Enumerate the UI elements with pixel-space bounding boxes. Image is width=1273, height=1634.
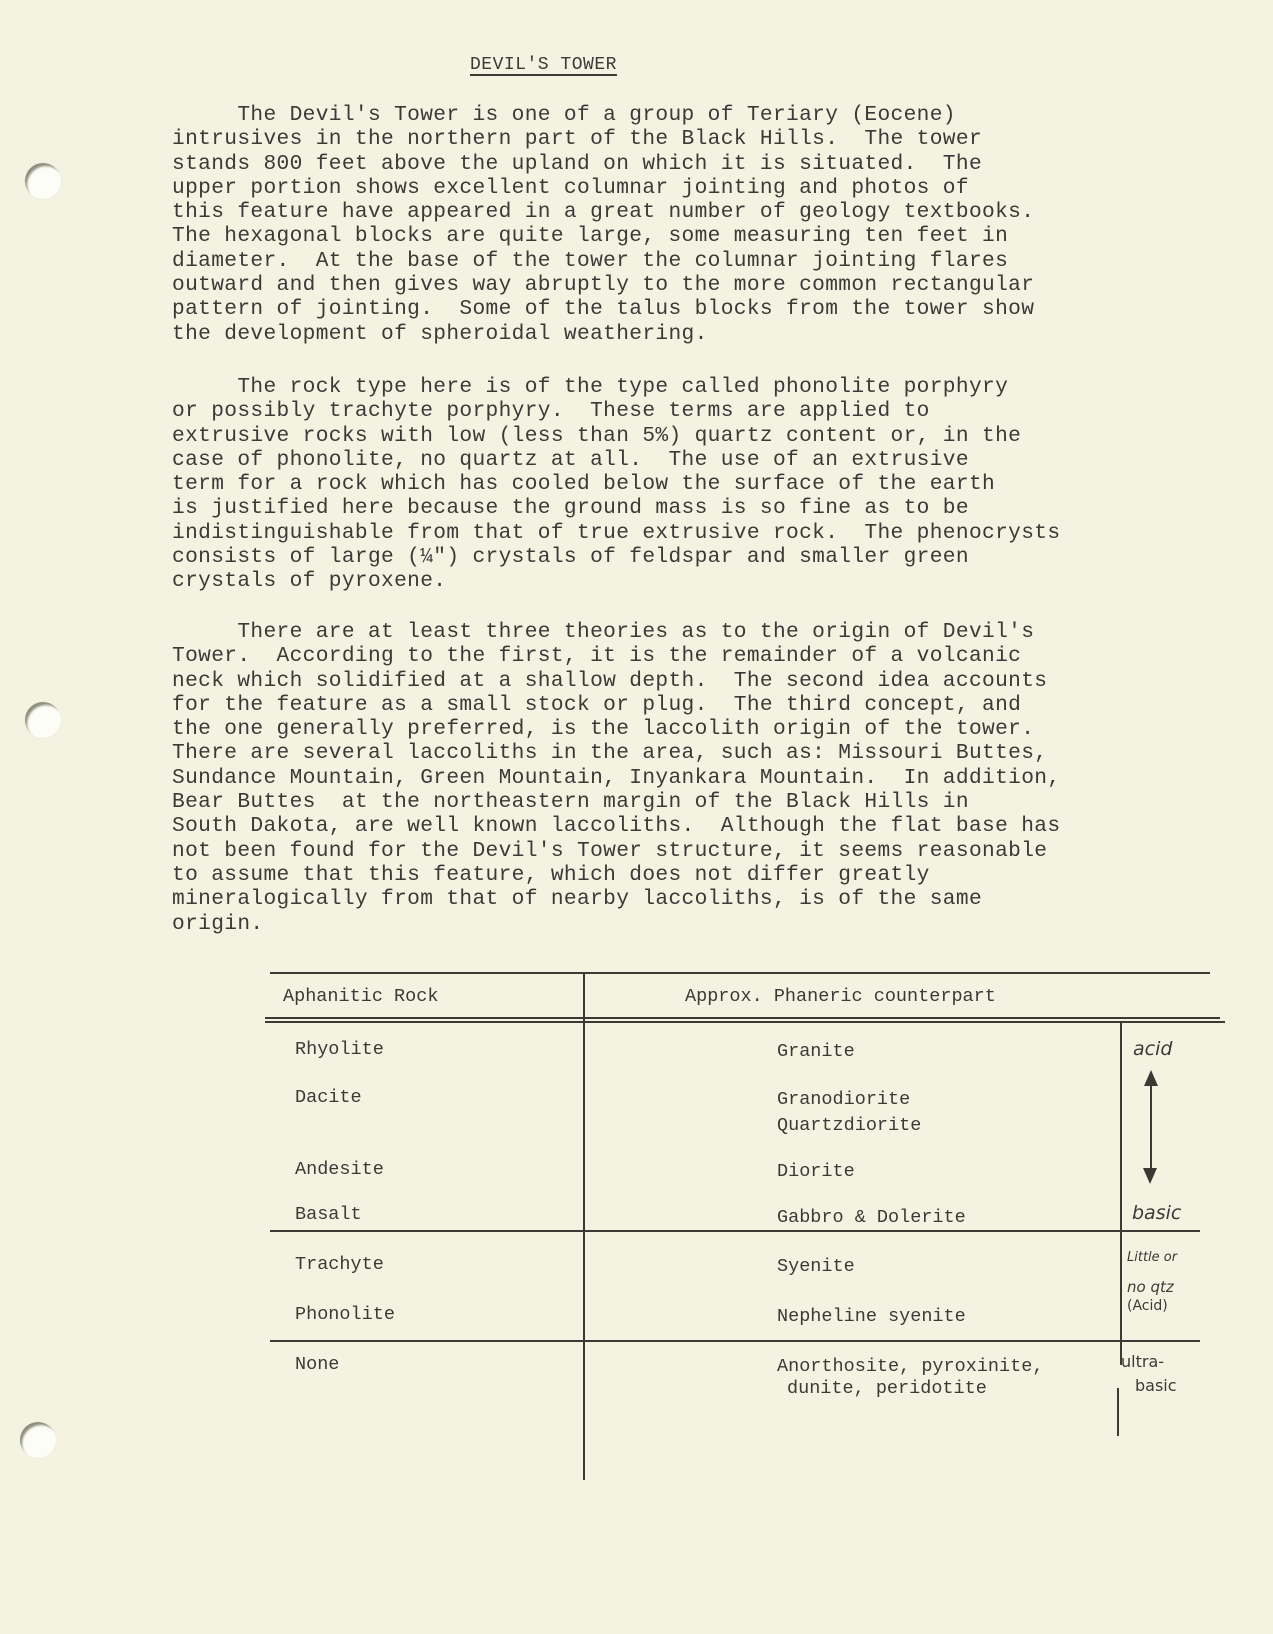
annotation-ultra: ultra- <box>1121 1352 1164 1371</box>
text-line: There are at least three theories as to … <box>172 620 1272 644</box>
annotation-little-qtz-1: Little or <box>1127 1250 1177 1265</box>
text-line: Tower. According to the first, it is the… <box>172 644 1272 668</box>
cell-anorthosite: Anorthosite, pyroxinite, <box>777 1355 1043 1379</box>
text-line: The Devil's Tower is one of a group of T… <box>172 103 1272 127</box>
binder-hole-bottom <box>20 1422 56 1458</box>
text-line: origin. <box>172 912 1272 936</box>
cell-diorite: Diorite <box>777 1160 855 1184</box>
text-line: term for a rock which has cooled below t… <box>172 472 1272 496</box>
text-line: diameter. At the base of the tower the c… <box>172 249 1272 273</box>
arrow-down-icon <box>1143 1168 1157 1184</box>
cell-quartzdiorite: Quartzdiorite <box>777 1114 921 1138</box>
cell-dunite: dunite, peridotite <box>787 1377 987 1401</box>
text-line: crystals of pyroxene. <box>172 569 1272 593</box>
text-line: Bear Buttes at the northeastern margin o… <box>172 790 1272 814</box>
text-line: The rock type here is of the type called… <box>172 375 1272 399</box>
acid-basic-arrow-shaft <box>1150 1078 1152 1173</box>
text-line: or possibly trachyte porphyry. These ter… <box>172 399 1272 423</box>
text-line: the development of spheroidal weathering… <box>172 322 1272 346</box>
text-line: case of phonolite, no quartz at all. The… <box>172 448 1272 472</box>
text-line: stands 800 feet above the upland on whic… <box>172 152 1272 176</box>
cell-gabbro: Gabbro & Dolerite <box>777 1206 966 1230</box>
annotation-little-qtz-2: no qtz <box>1127 1278 1174 1296</box>
header-phaneric: Approx. Phaneric counterpart <box>685 985 996 1009</box>
text-line: is justified here because the ground mas… <box>172 496 1272 520</box>
text-line: The hexagonal blocks are quite large, so… <box>172 224 1272 248</box>
cell-andesite: Andesite <box>295 1158 384 1182</box>
cell-trachyte: Trachyte <box>295 1253 384 1277</box>
text-line: indistinguishable from that of true extr… <box>172 521 1272 545</box>
paragraph-origin-theories: There are at least three theories as to … <box>172 620 1272 936</box>
text-line: There are several laccoliths in the area… <box>172 741 1272 765</box>
cell-none: None <box>295 1353 339 1377</box>
cell-phonolite: Phonolite <box>295 1303 395 1327</box>
paragraph-rock-type: The rock type here is of the type called… <box>172 375 1272 594</box>
cell-syenite: Syenite <box>777 1255 855 1279</box>
paragraph-description: The Devil's Tower is one of a group of T… <box>172 103 1272 346</box>
cell-nepheline-syenite: Nepheline syenite <box>777 1305 966 1329</box>
binder-hole-top <box>25 163 61 199</box>
binder-hole-middle <box>25 702 61 738</box>
annotation-basic: basic <box>1132 1202 1181 1224</box>
text-line: consists of large (¼") crystals of felds… <box>172 545 1272 569</box>
text-line: outward and then gives way abruptly to t… <box>172 273 1272 297</box>
cell-rhyolite: Rhyolite <box>295 1038 384 1062</box>
annotation-ultra-basic: basic <box>1135 1376 1177 1395</box>
page-title: DEVIL'S TOWER <box>470 55 617 75</box>
cell-granodiorite: Granodiorite <box>777 1088 910 1112</box>
text-line: to assume that this feature, which does … <box>172 863 1272 887</box>
text-line: intrusives in the northern part of the B… <box>172 127 1272 151</box>
text-line: South Dakota, are well known laccoliths.… <box>172 814 1272 838</box>
cell-granite: Granite <box>777 1040 855 1064</box>
cell-dacite: Dacite <box>295 1086 362 1110</box>
cell-basalt: Basalt <box>295 1203 362 1227</box>
text-line: not been found for the Devil's Tower str… <box>172 839 1272 863</box>
header-aphanitic: Aphanitic Rock <box>283 985 438 1009</box>
text-line: upper portion shows excellent columnar j… <box>172 176 1272 200</box>
annotation-little-qtz-3: (Acid) <box>1127 1298 1168 1314</box>
text-line: Sundance Mountain, Green Mountain, Inyan… <box>172 766 1272 790</box>
annotation-acid: acid <box>1133 1038 1172 1060</box>
text-line: the one generally preferred, is the lacc… <box>172 717 1272 741</box>
text-line: extrusive rocks with low (less than 5%) … <box>172 424 1272 448</box>
text-line: mineralogically from that of nearby lacc… <box>172 887 1272 911</box>
text-line: neck which solidified at a shallow depth… <box>172 669 1272 693</box>
text-line: pattern of jointing. Some of the talus b… <box>172 297 1272 321</box>
text-line: for the feature as a small stock or plug… <box>172 693 1272 717</box>
rock-comparison-table: Aphanitic Rock Approx. Phaneric counterp… <box>265 968 1225 1488</box>
text-line: this feature have appeared in a great nu… <box>172 200 1272 224</box>
